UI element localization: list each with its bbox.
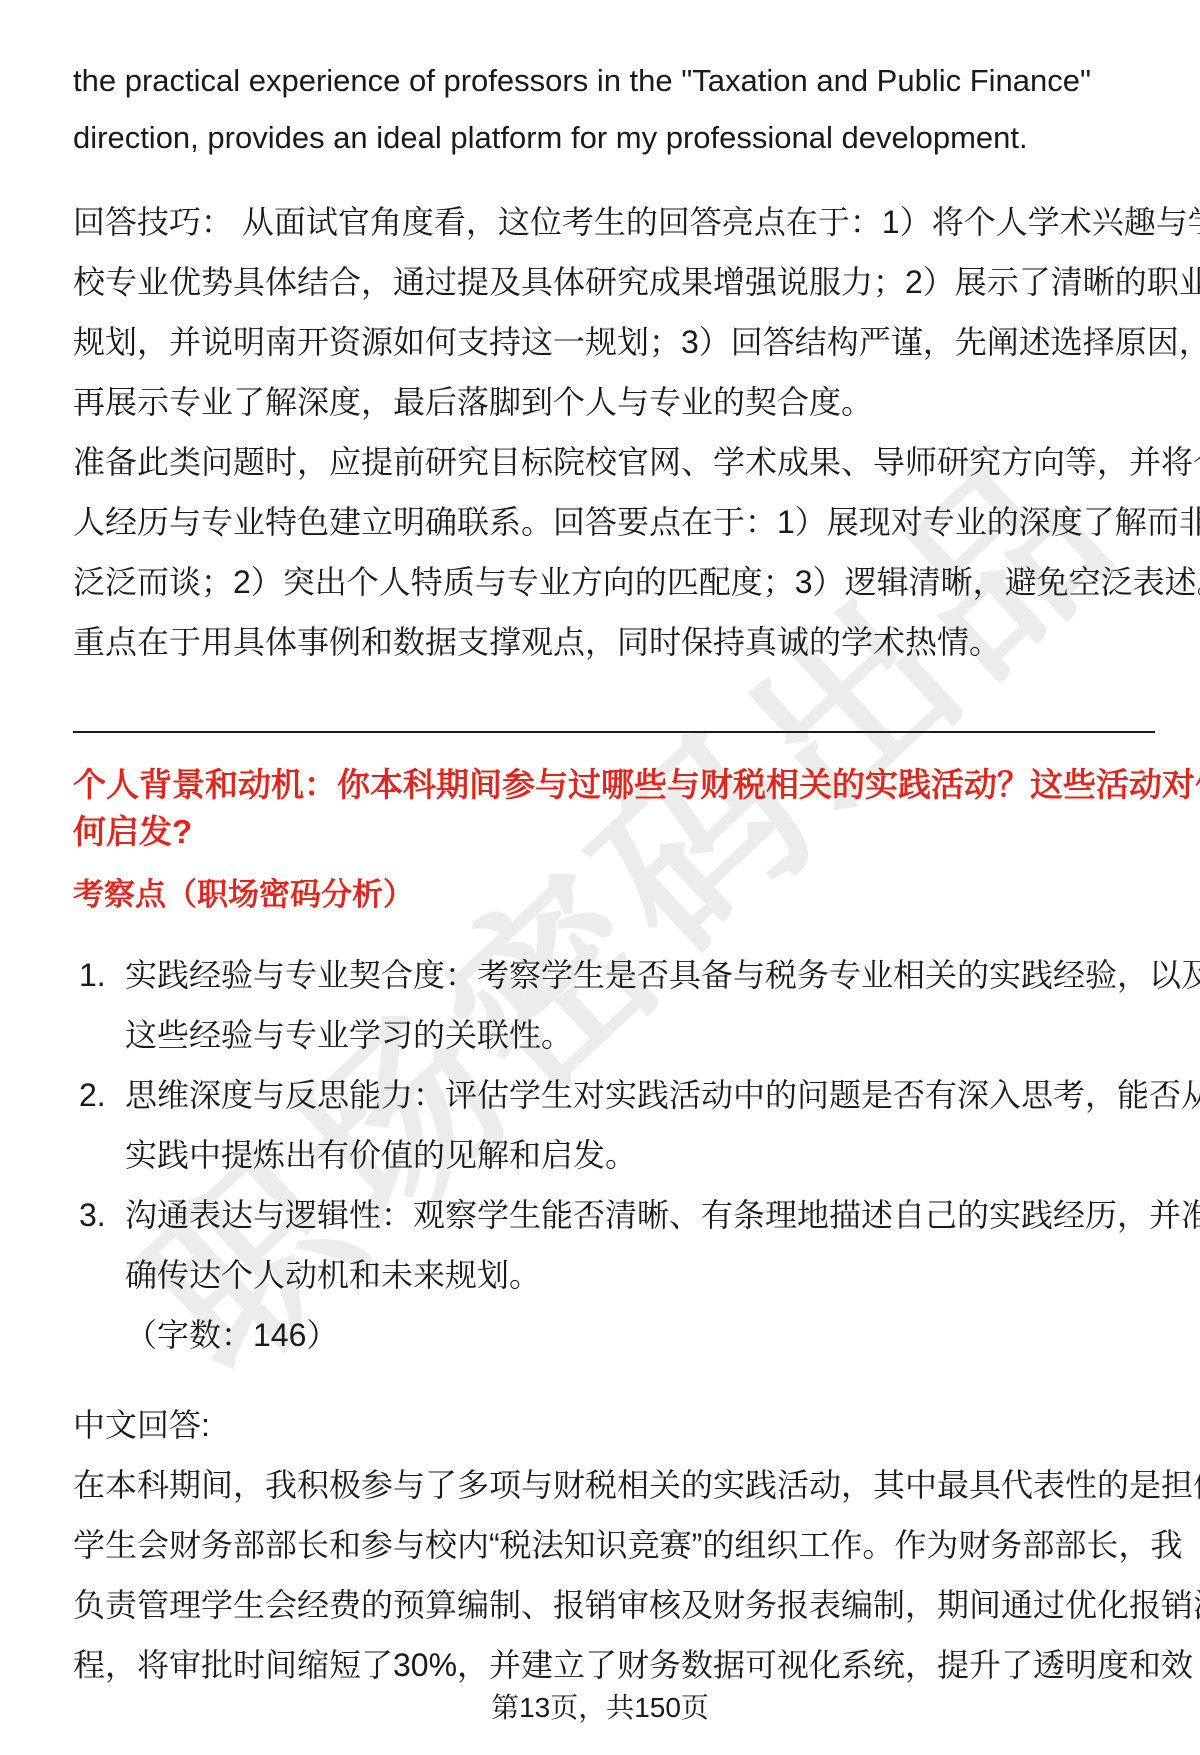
list-item-text: 实践经验与专业契合度：考察学生是否具备与税务专业相关的实践经验，以及 这些经验与…: [125, 945, 1200, 1065]
question-heading-line: 何启发?: [73, 808, 1155, 855]
answer-line: 在本科期间，我积极参与了多项与财税相关的实践活动，其中最具代表性的是担任: [73, 1455, 1155, 1515]
technique-line: 规划，并说明南开资源如何支持这一规划；3）回答结构严谨，先阐述选择原因，: [73, 312, 1155, 372]
section-divider: [73, 731, 1155, 733]
answer-line: 学生会财务部部长和参与校内“税法知识竞赛”的组织工作。作为财务部部长，我: [73, 1515, 1155, 1575]
chinese-answer-paragraph: 在本科期间，我积极参与了多项与财税相关的实践活动，其中最具代表性的是担任 学生会…: [73, 1455, 1155, 1695]
list-item-text: 沟通表达与逻辑性：观察学生能否清晰、有条理地描述自己的实践经历，并准 确传达个人…: [125, 1185, 1200, 1305]
exam-points-list: 1. 实践经验与专业契合度：考察学生是否具备与税务专业相关的实践经验，以及 这些…: [73, 945, 1155, 1305]
list-item-number: 1.: [73, 945, 125, 1065]
list-item: 2. 思维深度与反思能力：评估学生对实践活动中的问题是否有深入思考，能否从 实践…: [73, 1065, 1155, 1185]
question-heading-line: 个人背景和动机：你本科期间参与过哪些与财税相关的实践活动？这些活动对你有: [73, 761, 1155, 808]
technique-line: 人经历与专业特色建立明确联系。回答要点在于：1）展现对专业的深度了解而非: [73, 492, 1155, 552]
list-item-number: 2.: [73, 1065, 125, 1185]
technique-line: 回答技巧： 从面试官角度看，这位考生的回答亮点在于：1）将个人学术兴趣与学: [73, 192, 1155, 252]
page-content: the practical experience of professors i…: [73, 52, 1155, 1695]
list-item-number: 3.: [73, 1185, 125, 1305]
chinese-answer-label: 中文回答:: [73, 1395, 1155, 1455]
list-item: 3. 沟通表达与逻辑性：观察学生能否清晰、有条理地描述自己的实践经历，并准 确传…: [73, 1185, 1155, 1305]
document-page: 职场密码出品 the practical experience of profe…: [0, 0, 1200, 1755]
technique-line: 准备此类问题时，应提前研究目标院校官网、学术成果、导师研究方向等，并将个: [73, 432, 1155, 492]
exam-points-heading: 考察点（职场密码分析）: [73, 871, 1155, 918]
technique-line: 泛泛而谈；2）突出个人特质与专业方向的匹配度；3）逻辑清晰，避免空泛表述。: [73, 552, 1155, 612]
word-count-note: （字数：146）: [125, 1305, 1155, 1365]
page-number-indicator: 第13页，共150页: [0, 1688, 1200, 1728]
technique-line: 再展示专业了解深度，最后落脚到个人与专业的契合度。: [73, 372, 1155, 432]
answer-line: 负责管理学生会经费的预算编制、报销审核及财务报表编制，期间通过优化报销流: [73, 1575, 1155, 1635]
english-line: the practical experience of professors i…: [73, 52, 1155, 109]
english-paragraph: the practical experience of professors i…: [73, 52, 1155, 166]
english-line: direction, provides an ideal platform fo…: [73, 109, 1155, 166]
answer-technique-paragraph: 回答技巧： 从面试官角度看，这位考生的回答亮点在于：1）将个人学术兴趣与学 校专…: [73, 192, 1155, 672]
list-item-text: 思维深度与反思能力：评估学生对实践活动中的问题是否有深入思考，能否从 实践中提炼…: [125, 1065, 1200, 1185]
technique-line: 校专业优势具体结合，通过提及具体研究成果增强说服力；2）展示了清晰的职业: [73, 252, 1155, 312]
list-item: 1. 实践经验与专业契合度：考察学生是否具备与税务专业相关的实践经验，以及 这些…: [73, 945, 1155, 1065]
answer-line: 程，将审批时间缩短了30%，并建立了财务数据可视化系统，提升了透明度和效: [73, 1635, 1155, 1695]
question-heading: 个人背景和动机：你本科期间参与过哪些与财税相关的实践活动？这些活动对你有 何启发…: [73, 761, 1155, 855]
technique-line: 重点在于用具体事例和数据支撑观点，同时保持真诚的学术热情。: [73, 612, 1155, 672]
